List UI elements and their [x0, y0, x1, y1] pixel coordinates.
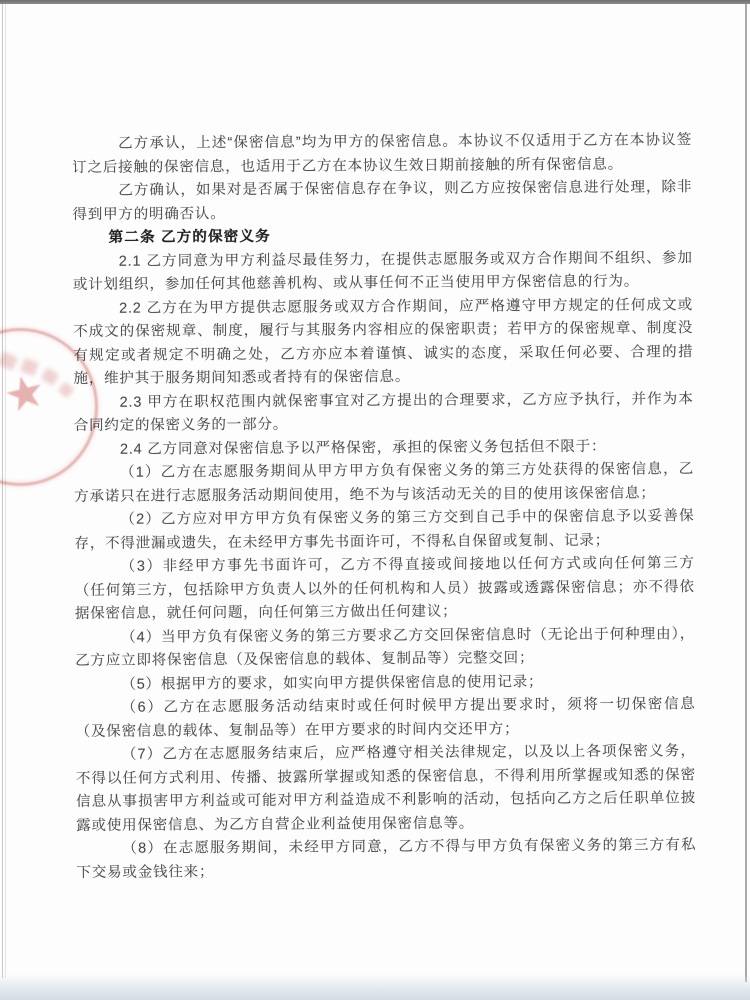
contract-paragraph: 乙方确认，如果对是否属于保密信息存在争议，则乙方应按保密信息进行处理，除非得到甲…	[72, 176, 692, 227]
seal-text-mark	[58, 382, 75, 399]
contract-text-body: 乙方承认，上述“保密信息”均为甲方的保密信息。本协议不仅适用于乙方在本协议签订之…	[72, 129, 697, 885]
contract-paragraph: 2.2 乙方在为甲方提供志愿服务或双方合作期间，应严格遵守甲方规定的任何成文或不…	[73, 294, 694, 392]
seal-text-mark	[20, 358, 39, 376]
scan-edge-bottom	[0, 974, 750, 1000]
contract-paragraph: （1）乙方在志愿服务期间从甲方甲方负有保密义务的第三方处获得的保密信息，乙方承诺…	[74, 458, 694, 509]
contract-paragraph: （2）乙方应对甲方甲方负有保密义务的第三方交到自己手中的保密信息予以妥善保存，不…	[74, 505, 694, 556]
contract-paragraph: 2.1 乙方同意为甲方利益尽最佳努力，在提供志愿服务或双方合作期间不组织、参加或…	[73, 247, 693, 298]
scan-edge-left	[2, 4, 3, 978]
contract-paragraph: （7）乙方在志愿服务结束后，应严格遵守相关法律规定，以及以上各项保密义务，不得以…	[76, 740, 697, 838]
seal-text-mark	[41, 367, 60, 385]
contract-paragraph: 乙方承认，上述“保密信息”均为甲方的保密信息。本协议不仅适用于乙方在本协议签订之…	[72, 129, 692, 180]
contract-paragraph: （6）乙方在志愿服务活动结束时或任何时候甲方提出要求时，须将一切保密信息（及保密…	[75, 693, 695, 744]
contract-paragraph: （3）非经甲方事先书面许可，乙方不得直接或间接地以任何方式或向任何第三方（任何第…	[75, 552, 695, 626]
scanned-document-page: ★ 乙方承认，上述“保密信息”均为甲方的保密信息。本协议不仅适用于乙方在本协议签…	[0, 0, 750, 1000]
scan-edge-left-inner	[5, 4, 6, 978]
scan-edge-top	[0, 0, 750, 4]
contract-paragraph: 2.3 甲方在职权范围内就保密事宜对乙方提出的合理要求，乙方应予执行，并作为本合…	[74, 388, 694, 439]
contract-paragraph: （4）当甲方负有保密义务的第三方要求乙方交回保密信息时（无论出于何种理由），乙方…	[75, 623, 695, 674]
seal-star-icon: ★	[0, 366, 50, 421]
scan-edge-right	[745, 4, 747, 982]
contract-paragraph: （8）在志愿服务期间，未经甲方同意，乙方不得与甲方负有保密义务的第三方有私下交易…	[76, 834, 696, 885]
